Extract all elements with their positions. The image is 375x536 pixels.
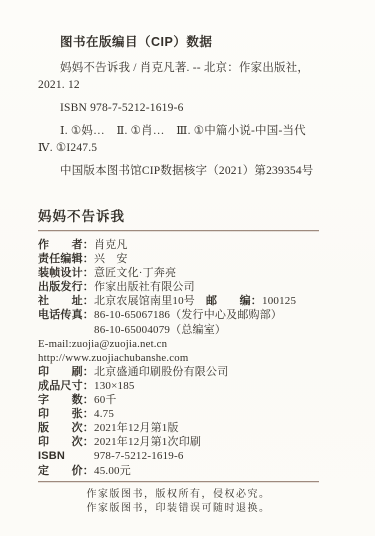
colophon-label: 成品尺寸： — [38, 379, 94, 393]
colophon-row: 版 次：2021年12月第1版 — [38, 421, 319, 435]
colophon-label: 定 价： — [38, 464, 94, 478]
colophon-value: 60千 — [94, 393, 117, 407]
notice-line: 作家版图书，印装错误可随时退换。 — [38, 502, 319, 517]
colophon-label: ISBN — [38, 449, 94, 463]
cip-record-number: 中国版本图书馆CIP数据核字（2021）第239354号 — [38, 163, 319, 180]
colophon-value: 意匠文化·丁奔亮 — [94, 266, 176, 280]
colophon-row: 责任编辑：兴 安 — [38, 252, 319, 266]
colophon-value: 北京盛通印刷股份有限公司 — [94, 365, 228, 379]
colophon-label: 责任编辑： — [38, 252, 94, 266]
cip-class-line2: Ⅳ. ①I247.5 — [38, 140, 319, 157]
book-title: 妈妈不告诉我 — [38, 208, 319, 226]
colophon-label — [38, 323, 94, 337]
colophon-row: 出版发行：作家出版社有限公司 — [38, 280, 319, 294]
colophon-row-right: 邮 编：100125 — [206, 294, 296, 308]
colophon-row: http://www.zuojiachubanshe.com — [38, 351, 319, 365]
colophon-value: 肖克凡 — [94, 238, 128, 252]
notices: 作家版图书，版权所有，侵权必究。 作家版图书，印装错误可随时退换。 — [38, 488, 319, 517]
copyright-page: 图书在版编目（CIP）数据 妈妈不告诉我 / 肖克凡著. -- 北京：作家出版社… — [0, 0, 375, 536]
colophon-value: 兴 安 — [94, 252, 128, 266]
colophon-value: 2021年12月第1版 — [94, 421, 179, 435]
colophon-value: 978-7-5212-1619-6 — [94, 449, 184, 463]
colophon-value: 4.75 — [94, 407, 114, 421]
colophon-label: 邮 编： — [206, 294, 262, 308]
colophon-label: 印 刷： — [38, 365, 94, 379]
colophon-value: 100125 — [262, 294, 296, 308]
colophon-label: 印 张： — [38, 407, 94, 421]
colophon-label: 印 次： — [38, 435, 94, 449]
colophon-row: ISBN978-7-5212-1619-6 — [38, 449, 319, 463]
colophon-row: 印 张：4.75 — [38, 407, 319, 421]
colophon-row: 字 数：60千 — [38, 393, 319, 407]
colophon-value: 45.00元 — [94, 464, 131, 478]
colophon-row: 印 刷：北京盛通印刷股份有限公司 — [38, 365, 319, 379]
colophon-label: 字 数： — [38, 393, 94, 407]
colophon-row: 电话传真：86-10-65067186（发行中心及邮购部） — [38, 308, 319, 322]
cip-isbn-line: ISBN 978-7-5212-1619-6 — [38, 100, 319, 117]
colophon-label: 作 者： — [38, 238, 94, 252]
cip-heading: 图书在版编目（CIP）数据 — [38, 34, 319, 50]
bottom-rule — [38, 481, 319, 482]
colophon-value: 北京农展馆南里10号 — [94, 294, 195, 308]
colophon-label: 版 次： — [38, 421, 94, 435]
colophon-row: 成品尺寸：130×185 — [38, 379, 319, 393]
colophon-row: E-mail:zuojia@zuojia.net.cn — [38, 337, 319, 351]
colophon-value: 86-10-65067186（发行中心及邮购部） — [94, 308, 282, 322]
colophon-value: 2021年12月第1次印刷 — [94, 435, 201, 449]
cip-entry-line1: 妈妈不告诉我 / 肖克凡著. -- 北京：作家出版社， — [38, 60, 319, 77]
cip-entry: 妈妈不告诉我 / 肖克凡著. -- 北京：作家出版社， 2021. 12 — [38, 60, 319, 94]
colophon-label: 装帧设计： — [38, 266, 94, 280]
notice-line: 作家版图书，版权所有，侵权必究。 — [38, 488, 319, 503]
title-rule — [38, 230, 319, 231]
colophon-value: 86-10-65004079（总编室） — [94, 323, 226, 337]
cip-class-line1: Ⅰ. ①妈… Ⅱ. ①肖… Ⅲ. ①中篇小说-中国-当代 — [38, 123, 319, 140]
cip-classification: Ⅰ. ①妈… Ⅱ. ①肖… Ⅲ. ①中篇小说-中国-当代 Ⅳ. ①I247.5 — [38, 123, 319, 157]
colophon-label: 电话传真： — [38, 308, 94, 322]
colophon-row: 装帧设计：意匠文化·丁奔亮 — [38, 266, 319, 280]
colophon-row: 印 次：2021年12月第1次印刷 — [38, 435, 319, 449]
colophon-value: 作家出版社有限公司 — [94, 280, 195, 294]
colophon-value: 130×185 — [94, 379, 135, 393]
colophon-row: 86-10-65004079（总编室） — [38, 323, 319, 337]
colophon-row: 作 者：肖克凡 — [38, 238, 319, 252]
cip-entry-line2: 2021. 12 — [38, 77, 319, 94]
colophon-row: 社 址：北京农展馆南里10号邮 编：100125 — [38, 294, 319, 308]
colophon-label: 社 址： — [38, 294, 94, 308]
colophon-rows: 作 者：肖克凡责任编辑：兴 安装帧设计：意匠文化·丁奔亮出版发行：作家出版社有限… — [38, 238, 319, 478]
colophon-row: 定 价：45.00元 — [38, 464, 319, 478]
colophon-label: 出版发行： — [38, 280, 94, 294]
